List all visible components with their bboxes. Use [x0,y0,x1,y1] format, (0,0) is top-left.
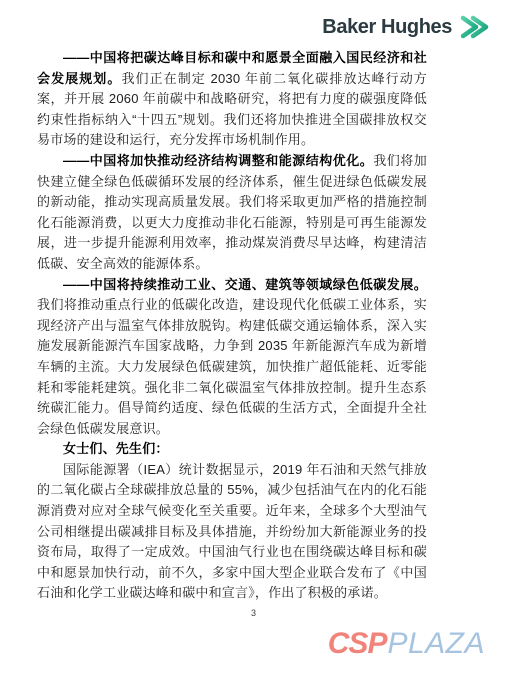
paragraph: 国际能源署（IEA）统计数据显示，2019 年石油和天然气排放的二氧化碳占全球碳… [37,460,427,604]
paragraph: 女士们、先生们： [37,439,427,460]
paragraph-lead: ——中国将加快推动经济结构调整和能源结构优化。 [63,153,373,168]
paragraph: ——中国将把碳达峰目标和碳中和愿景全面融入国民经济和社会发展规划。我们正在制定 … [37,48,427,151]
paragraph-lead: 女士们、先生们： [63,441,169,456]
baker-hughes-chevron-icon [459,14,491,40]
document-page: Baker Hughes ——中国将把碳达峰目标和碳中和愿景全面融入国民经济和社… [0,0,507,675]
baker-hughes-logo-text: Baker Hughes [322,16,452,39]
page-number: 3 [0,608,507,618]
paragraph-lead: ——中国将持续推动工业、交通、建筑等领域绿色低碳发展。 [63,277,427,292]
document-body: ——中国将把碳达峰目标和碳中和愿景全面融入国民经济和社会发展规划。我们正在制定 … [37,48,427,604]
paragraph-body: 我们将推动重点行业的低碳化改造，建设现代化低碳工业体系，实现经济产出与温室气体排… [37,297,427,436]
cspplaza-watermark-plaza: PLAZA [387,627,485,660]
paragraph: ——中国将加快推动经济结构调整和能源结构优化。我们将加快建立健全绿色低碳循环发展… [37,151,427,275]
cspplaza-watermark-csp: CSP [328,627,388,660]
baker-hughes-logo: Baker Hughes [322,14,491,40]
paragraph-body: 我们将加快建立健全绿色低碳循环发展的经济体系，催生促进绿色低碳发展的新动能，推动… [37,153,427,271]
cspplaza-watermark: CSPPLAZA [328,629,485,659]
paragraph-body: 国际能源署（IEA）统计数据显示，2019 年石油和天然气排放的二氧化碳占全球碳… [37,462,427,601]
paragraph: ——中国将持续推动工业、交通、建筑等领域绿色低碳发展。我们将推动重点行业的低碳化… [37,275,427,440]
